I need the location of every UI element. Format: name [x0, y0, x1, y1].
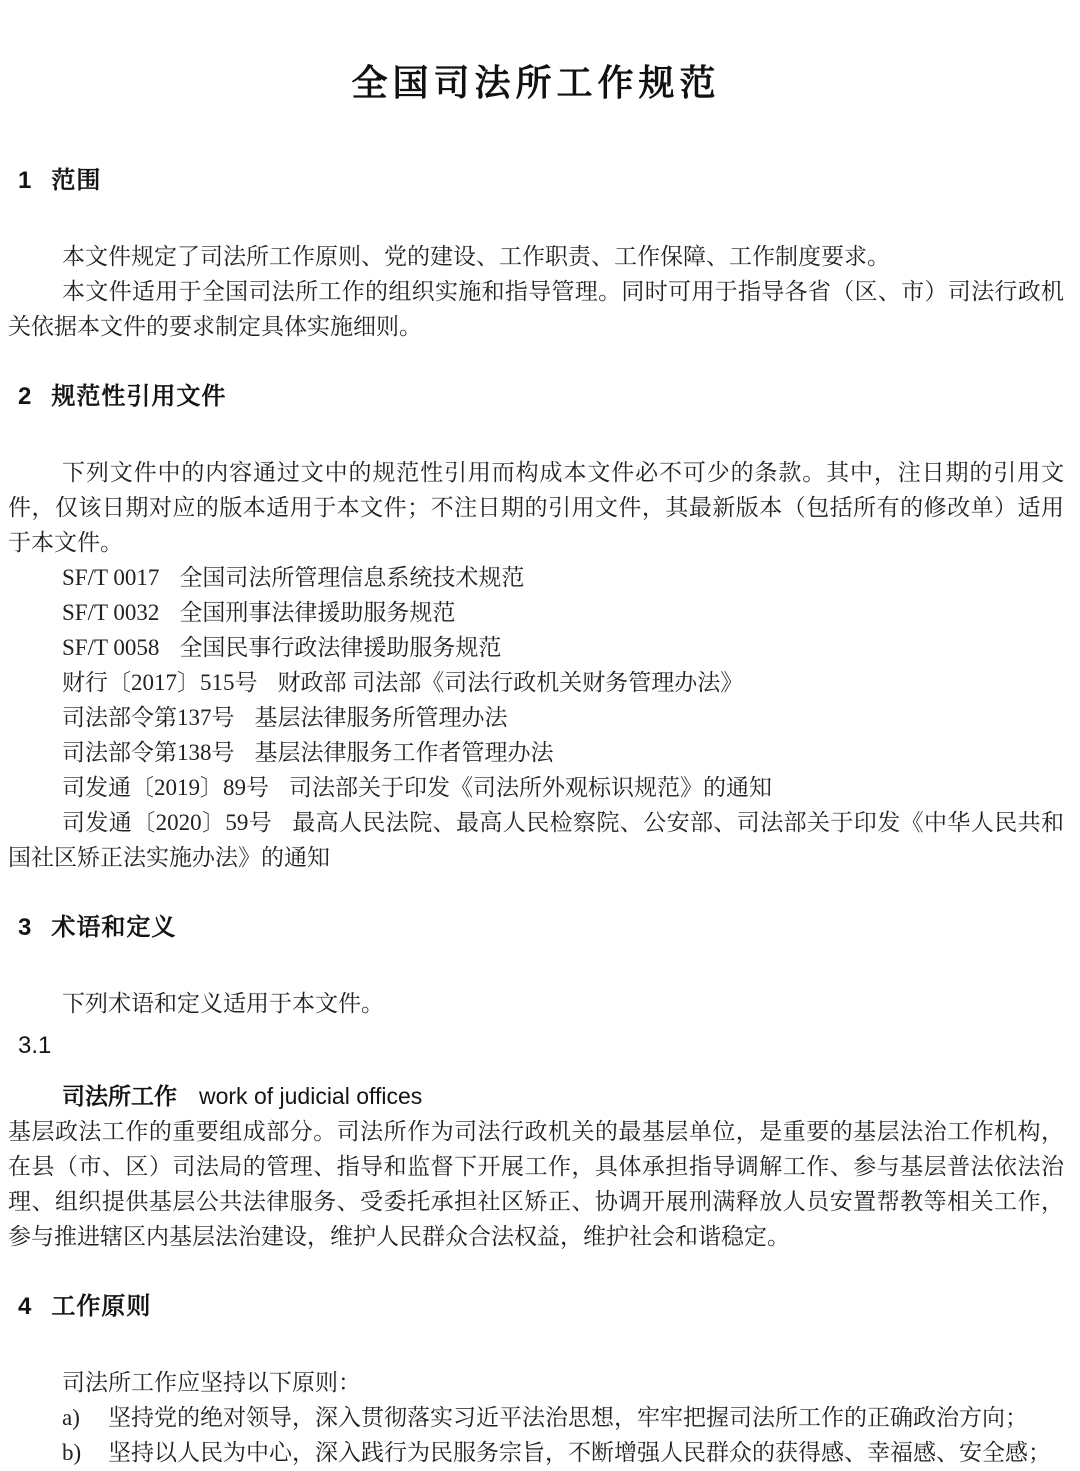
reference-item: 司发通〔2020〕59号最高人民法院、最高人民检察院、公安部、司法部关于印发《中… — [8, 805, 1064, 875]
principle-item: a)坚持党的绝对领导，深入贯彻落实习近平法治思想，牢牢把握司法所工作的正确政治方… — [8, 1400, 1064, 1435]
reference-item: 司法部令第137号基层法律服务所管理办法 — [8, 700, 1064, 735]
reference-code: 司法部令第138号 — [62, 740, 235, 765]
terms-intro: 下列术语和定义适用于本文件。 — [8, 986, 1064, 1021]
reference-code: 司发通〔2019〕89号 — [62, 775, 269, 800]
scope-paragraph: 本文件适用于全国司法所工作的组织实施和指导管理。同时可用于指导各省（区、市）司法… — [8, 274, 1064, 344]
section-2-heading: 2规范性引用文件 — [18, 384, 1064, 410]
section-3-title: 术语和定义 — [51, 914, 176, 941]
document-page: 全国司法所工作规范 1范围 本文件规定了司法所工作原则、党的建设、工作职责、工作… — [0, 0, 1080, 1471]
section-scope: 1范围 本文件规定了司法所工作原则、党的建设、工作职责、工作保障、工作制度要求。… — [8, 168, 1064, 344]
reference-code: SF/T 0017 — [62, 565, 159, 590]
reference-code: 司法部令第137号 — [62, 705, 235, 730]
reference-title: 全国司法所管理信息系统技术规范 — [179, 565, 524, 590]
reference-title: 全国刑事法律援助服务规范 — [179, 600, 455, 625]
section-1-heading: 1范围 — [18, 168, 1064, 194]
document-title: 全国司法所工作规范 — [8, 58, 1064, 108]
principle-marker: a) — [62, 1400, 108, 1435]
reference-code: SF/T 0058 — [62, 635, 159, 660]
term-name-zh: 司法所工作 — [62, 1083, 177, 1109]
section-normative-references: 2规范性引用文件 下列文件中的内容通过文中的规范性引用而构成本文件必不可少的条款… — [8, 384, 1064, 875]
term-name-en: work of judicial offices — [199, 1083, 422, 1109]
section-4-number: 4 — [18, 1294, 31, 1320]
reference-title: 基层法律服务工作者管理办法 — [255, 740, 554, 765]
reference-item: 司法部令第138号基层法律服务工作者管理办法 — [8, 735, 1064, 770]
principle-list: a)坚持党的绝对领导，深入贯彻落实习近平法治思想，牢牢把握司法所工作的正确政治方… — [8, 1400, 1064, 1470]
section-work-principles: 4工作原则 司法所工作应坚持以下原则： a)坚持党的绝对领导，深入贯彻落实习近平… — [8, 1294, 1064, 1470]
reference-code: 司发通〔2020〕59号 — [62, 810, 272, 835]
reference-list: SF/T 0017全国司法所管理信息系统技术规范 SF/T 0032全国刑事法律… — [8, 560, 1064, 875]
reference-title: 基层法律服务所管理办法 — [255, 705, 508, 730]
reference-item: SF/T 0032全国刑事法律援助服务规范 — [8, 595, 1064, 630]
principles-intro: 司法所工作应坚持以下原则： — [8, 1365, 1064, 1400]
section-terms-definitions: 3术语和定义 下列术语和定义适用于本文件。 3.1 司法所工作work of j… — [8, 915, 1064, 1254]
principle-text: 坚持以人民为中心，深入践行为民服务宗旨，不断增强人民群众的获得感、幸福感、安全感… — [108, 1440, 1051, 1465]
term-number: 3.1 — [18, 1033, 1064, 1059]
section-4-title: 工作原则 — [51, 1293, 151, 1320]
scope-paragraph: 本文件规定了司法所工作原则、党的建设、工作职责、工作保障、工作制度要求。 — [8, 239, 1064, 274]
term-heading: 司法所工作work of judicial offices — [8, 1079, 1064, 1114]
principle-marker: b) — [62, 1435, 108, 1470]
section-1-number: 1 — [18, 168, 31, 194]
section-1-title: 范围 — [51, 167, 101, 194]
reference-title: 财政部 司法部《司法行政机关财务管理办法》 — [278, 670, 744, 695]
section-3-heading: 3术语和定义 — [18, 915, 1064, 941]
reference-title: 全国民事行政法律援助服务规范 — [179, 635, 501, 660]
section-4-heading: 4工作原则 — [18, 1294, 1064, 1320]
reference-item: SF/T 0058全国民事行政法律援助服务规范 — [8, 630, 1064, 665]
principle-text: 坚持党的绝对领导，深入贯彻落实习近平法治思想，牢牢把握司法所工作的正确政治方向； — [108, 1405, 1028, 1430]
reference-item: 司发通〔2019〕89号司法部关于印发《司法所外观标识规范》的通知 — [8, 770, 1064, 805]
references-intro: 下列文件中的内容通过文中的规范性引用而构成本文件必不可少的条款。其中，注日期的引… — [8, 455, 1064, 560]
principle-item: b)坚持以人民为中心，深入践行为民服务宗旨，不断增强人民群众的获得感、幸福感、安… — [8, 1435, 1064, 1470]
section-2-title: 规范性引用文件 — [51, 383, 226, 410]
section-3-number: 3 — [18, 915, 31, 941]
section-2-number: 2 — [18, 384, 31, 410]
reference-item: SF/T 0017全国司法所管理信息系统技术规范 — [8, 560, 1064, 595]
reference-code: 财行〔2017〕515号 — [62, 670, 258, 695]
reference-item: 财行〔2017〕515号财政部 司法部《司法行政机关财务管理办法》 — [8, 665, 1064, 700]
reference-code: SF/T 0032 — [62, 600, 159, 625]
reference-title: 司法部关于印发《司法所外观标识规范》的通知 — [289, 775, 772, 800]
term-definition: 基层政法工作的重要组成部分。司法所作为司法行政机关的最基层单位，是重要的基层法治… — [8, 1114, 1064, 1254]
